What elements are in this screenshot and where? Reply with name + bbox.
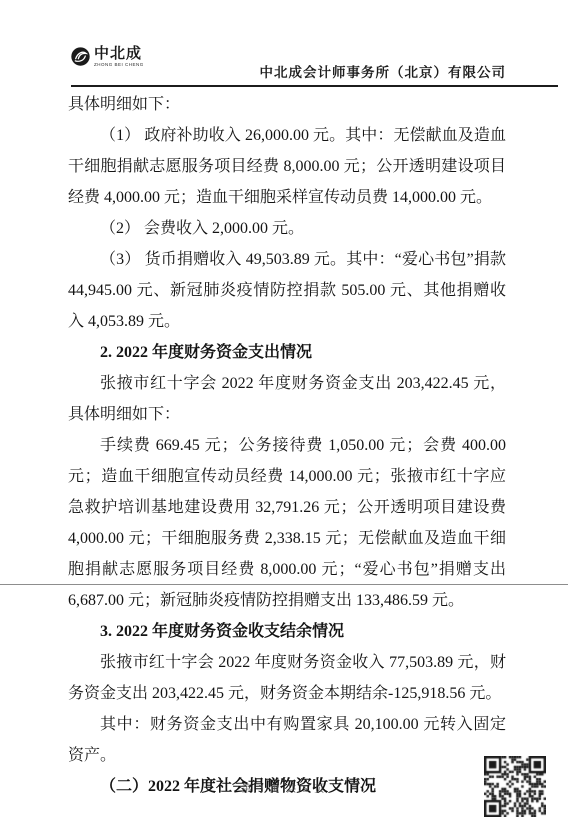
paragraph: （1） 政府补助收入 26,000.00 元。其中：无偿献血及造血干细胞捐献志愿…: [68, 120, 506, 213]
paragraph: （2） 会费收入 2,000.00 元。: [68, 213, 506, 244]
document-body: 具体明细如下：（1） 政府补助收入 26,000.00 元。其中：无偿献血及造血…: [68, 89, 506, 802]
scan-artifact-line: [0, 584, 568, 585]
logo-text: 中北成: [94, 46, 144, 61]
document-page: 中北成 ZHONG BEI CHENG 中北成会计师事务所（北京）有限公司 具体…: [0, 0, 568, 825]
page-footer: 第 3 页 共 5 页: [0, 780, 568, 795]
qr-code: [484, 756, 546, 817]
header-rule: [71, 85, 558, 87]
logo-subtext: ZHONG BEI CHENG: [94, 63, 144, 68]
paragraph: 具体明细如下：: [68, 89, 506, 120]
firm-name: 中北成会计师事务所（北京）有限公司: [260, 61, 507, 81]
logo-text-wrap: 中北成 ZHONG BEI CHENG: [94, 46, 144, 67]
section-heading: 2. 2022 年度财务资金支出情况: [68, 337, 506, 368]
section-heading: 3. 2022 年度财务资金收支结余情况: [68, 616, 506, 647]
paragraph: 张掖市红十字会 2022 年度财务资金收入 77,503.89 元，财务资金支出…: [68, 647, 506, 709]
logo-swirl-icon: [70, 46, 91, 67]
paragraph: （3） 货币捐赠收入 49,503.89 元。其中：“爱心书包”捐款 44,94…: [68, 244, 506, 337]
paragraph: 手续费 669.45 元；公务接待费 1,050.00 元；会费 400.00 …: [68, 430, 506, 616]
paragraph: 张掖市红十字会 2022 年度财务资金支出 203,422.45 元，具体明细如…: [68, 368, 506, 430]
company-logo: 中北成 ZHONG BEI CHENG: [70, 46, 144, 67]
page-number: 第 3 页 共 5 页: [242, 784, 327, 795]
paragraph: 其中：财务资金支出中有购置家具 20,100.00 元转入固定资产。: [68, 709, 506, 771]
